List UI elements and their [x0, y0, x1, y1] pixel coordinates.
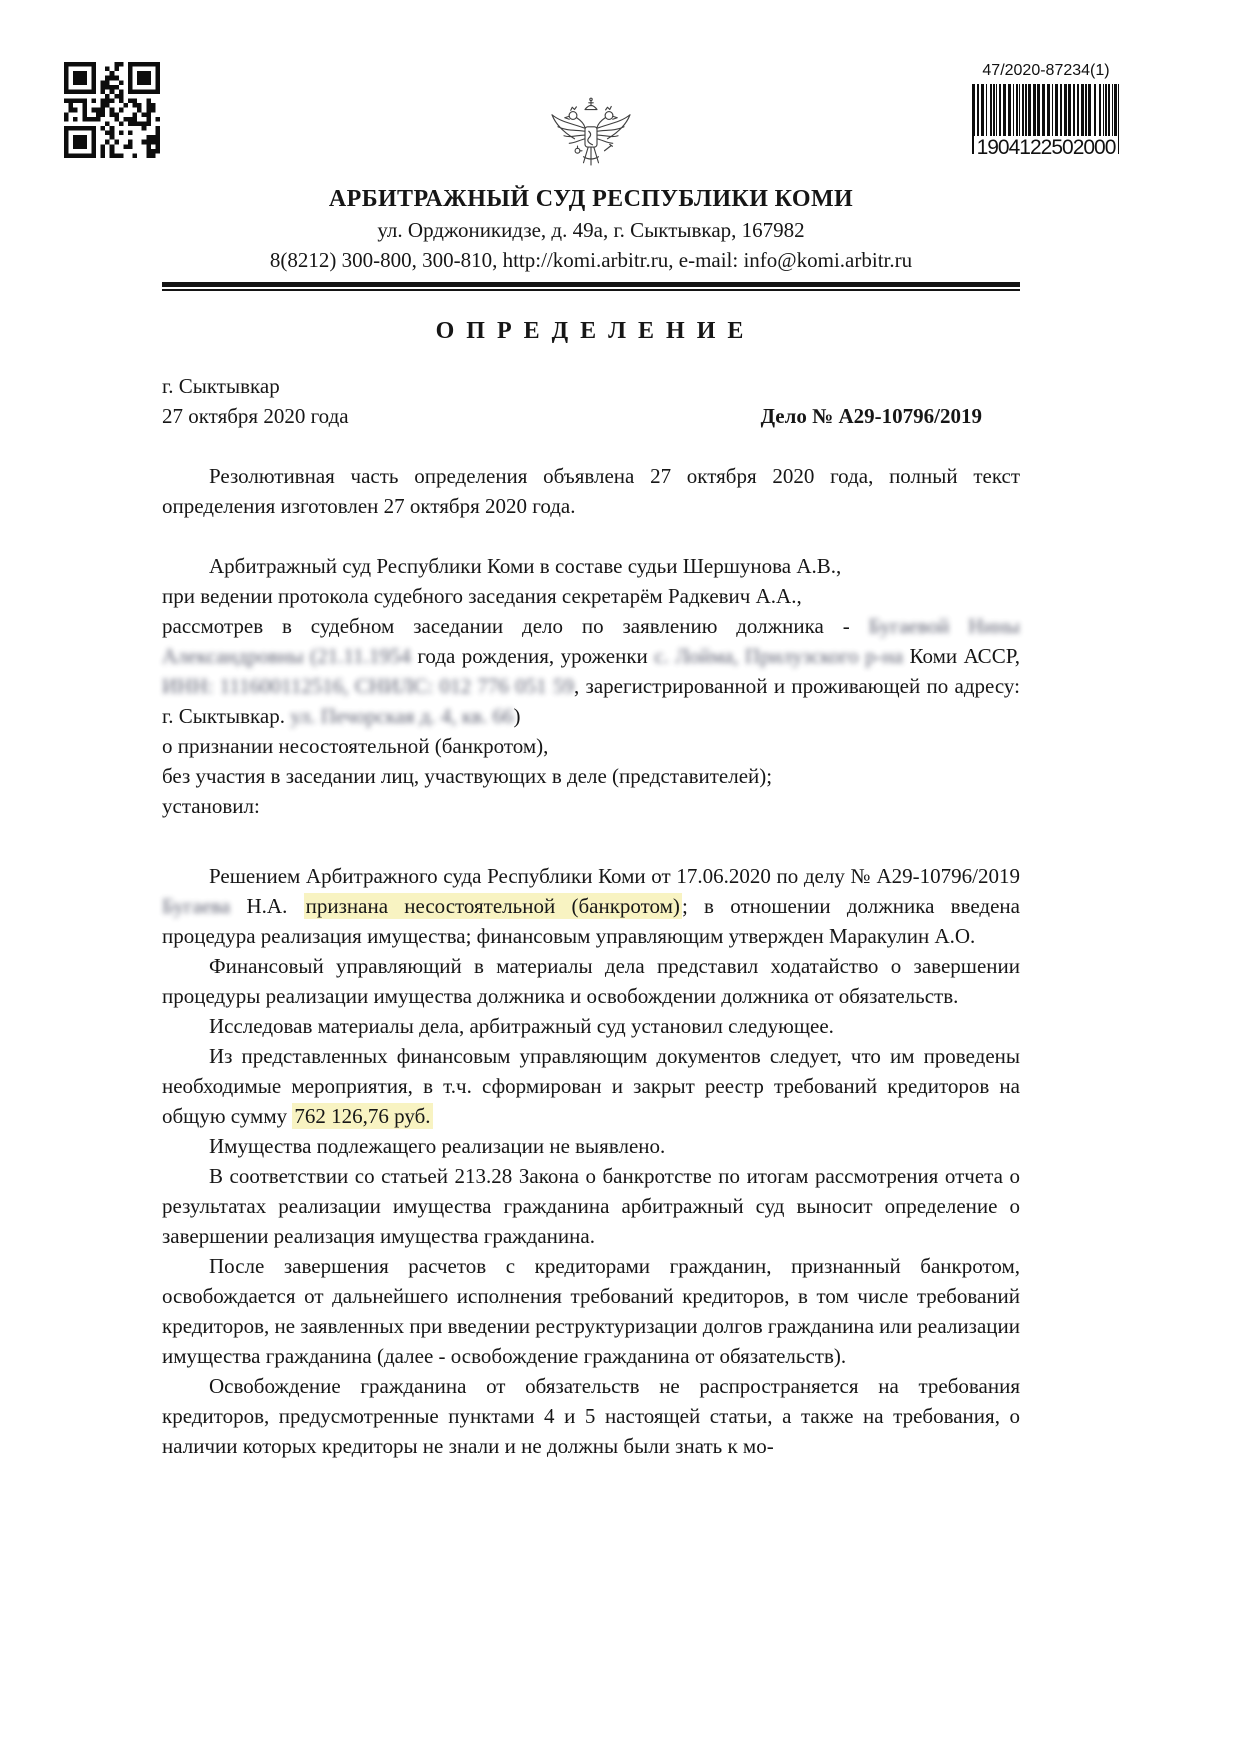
region-text: Коми АССР, [903, 644, 1020, 668]
place-line: г. Сыктывкар [162, 371, 349, 401]
debtor-paragraph: рассмотрев в судебном заседании дело по … [162, 611, 1020, 731]
court-address-line: ул. Орджоникидзе, д. 49а, г. Сыктывкар, … [162, 218, 1020, 243]
court-ruling-page: 47/2020-87234(1) 1904122502000 [0, 0, 1241, 1755]
decision-intro-text: Решением Арбитражного суда Республики Ко… [209, 864, 1020, 888]
secretary-line: при ведении протокола судебного заседани… [162, 581, 1020, 611]
case-number: Дело № А29-10796/2019 [761, 401, 1020, 431]
resolution-notice-paragraph: Резолютивная часть определения объявлена… [162, 461, 1020, 521]
case-intro-text: рассмотрев в судебном заседании дело по … [162, 614, 869, 638]
stamp-doc-number: 47/2020-87234(1) [967, 62, 1125, 80]
claims-total-highlight: 762 126,76 руб. [292, 1103, 432, 1129]
document-title: О П Р Е Д Е Л Е Н И Е [162, 318, 1020, 345]
body-paragraph-4: Из представленных финансовым управляющим… [162, 1041, 1020, 1131]
initials-text: Н.А. [230, 894, 303, 918]
coat-of-arms-icon [546, 96, 636, 180]
meta-row: г. Сыктывкар 27 октября 2020 года Дело №… [162, 371, 1020, 431]
body-paragraph-3: Исследовав материалы дела, арбитражный с… [162, 1011, 1020, 1041]
body-paragraph-7: После завершения расчетов с кредиторами … [162, 1251, 1020, 1371]
meta-left: г. Сыктывкар 27 октября 2020 года [162, 371, 349, 431]
closing-paren: ) [514, 704, 521, 728]
body-paragraph-5: Имущества подлежащего реализации не выяв… [162, 1131, 1020, 1161]
debtor-surname-redacted: Бугаева [162, 894, 230, 918]
court-contact-line: 8(8212) 300-800, 300-810, http://komi.ar… [162, 248, 1020, 273]
barcode-digits: 1904122502000 [974, 136, 1119, 160]
ruling-body: Решением Арбитражного суда Республики Ко… [162, 861, 1020, 1461]
qr-code [64, 62, 160, 158]
body-paragraph-8: Освобождение гражданина от обязательств … [162, 1371, 1020, 1461]
body-paragraph-6: В соответствии со статьей 213.28 Закона … [162, 1161, 1020, 1251]
composition-block: Арбитражный суд Республики Коми в состав… [162, 551, 1020, 821]
date-line: 27 октября 2020 года [162, 401, 349, 431]
attendance-line: без участия в заседании лиц, участвующих… [162, 761, 1020, 791]
letterhead-divider [162, 282, 1020, 291]
bankrupt-highlight: признана несостоятельной (банкротом) [304, 893, 682, 919]
qr-code-icon [64, 62, 160, 158]
address-redacted: ул. Печорская д. 4, кв. 66 [290, 704, 513, 728]
body-paragraph-1: Решением Арбитражного суда Республики Ко… [162, 861, 1020, 951]
subject-line: о признании несостоятельной (банкротом), [162, 731, 1020, 761]
court-name: АРБИТРАЖНЫЙ СУД РЕСПУБЛИКИ КОМИ [162, 186, 1020, 213]
court-letterhead: АРБИТРАЖНЫЙ СУД РЕСПУБЛИКИ КОМИ ул. Ордж… [162, 0, 1020, 273]
registry-text: Из представленных финансовым управляющим… [162, 1044, 1020, 1128]
birth-text: года рождения, уроженки [411, 644, 654, 668]
ids-redacted: ИНН: 111600112516, СНИЛС: 012 776 051 59 [162, 674, 574, 698]
registration-stamp: 47/2020-87234(1) 1904122502000 [967, 62, 1125, 160]
established-line: установил: [162, 791, 1020, 821]
body-paragraph-2: Финансовый управляющий в материалы дела … [162, 951, 1020, 1011]
judge-line: Арбитражный суд Республики Коми в состав… [162, 551, 1020, 581]
birthplace-redacted: с. Лойма, Прилузского р-на [654, 644, 903, 668]
